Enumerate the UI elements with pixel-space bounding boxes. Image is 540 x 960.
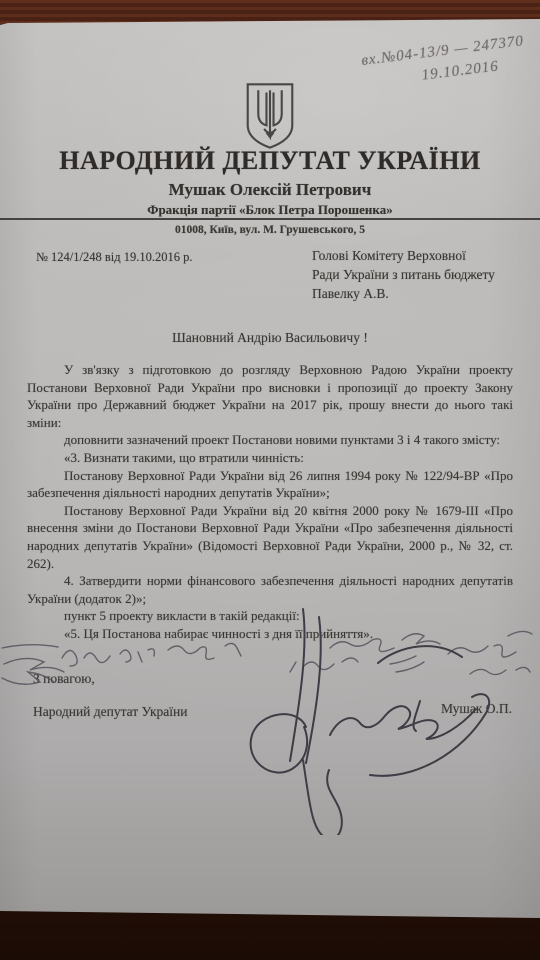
signer-name: Мушак О.П. (441, 701, 512, 717)
letter-body: У зв'язку з підготовкою до розгляду Верх… (27, 361, 513, 643)
body-paragraph: «5. Ця Постанова набирає чинності з дня … (27, 625, 513, 643)
letterhead-divider (0, 218, 540, 220)
body-paragraph: У зв'язку з підготовкою до розгляду Верх… (27, 361, 513, 431)
letterhead-address: 01008, Київ, вул. М. Грушевського, 5 (0, 224, 540, 236)
ukraine-trident-emblem-icon (243, 82, 297, 155)
addressee-line: Ради України з питань бюджету (312, 265, 532, 284)
letter-document: вх.№04-13/9 — 247370 19.10.2016 НАРОДНИЙ… (0, 0, 540, 960)
body-paragraph: 4. Затвердити норми фінансового забезпеч… (27, 572, 513, 607)
photo-scene: вх.№04-13/9 — 247370 19.10.2016 НАРОДНИЙ… (0, 0, 540, 960)
addressee-line: Павелку А.В. (312, 284, 532, 303)
body-paragraph: пункт 5 проекту викласти в такій редакці… (27, 607, 513, 625)
signer-position: Народний депутат України (33, 704, 187, 720)
body-paragraph: доповнити зазначений проект Постанови но… (27, 431, 513, 449)
fraction-line: Фракція партії «Блок Петра Порошенка» (0, 202, 540, 218)
body-paragraph: «3. Визнати такими, що втратили чинність… (27, 449, 513, 467)
addressee-block: Голові Комітету Верховної Ради України з… (312, 246, 532, 303)
salutation: Шановний Андрію Васильовичу ! (0, 330, 540, 346)
handwritten-registration-note: вх.№04-13/9 — 247370 19.10.2016 (294, 30, 528, 102)
addressee-line: Голові Комітету Верховної (312, 246, 532, 265)
reference-number: № 124/1/248 від 19.10.2016 р. (36, 250, 192, 265)
closing-regards: З повагою, (33, 671, 95, 687)
body-paragraph: Постанову Верховної Ради України від 20 … (27, 502, 513, 572)
letterhead-title: НАРОДНИЙ ДЕПУТАТ УКРАЇНИ (0, 146, 540, 176)
body-paragraph: Постанову Верховної Ради України від 26 … (27, 467, 513, 502)
deputy-name: Мушак Олексій Петрович (0, 180, 540, 200)
